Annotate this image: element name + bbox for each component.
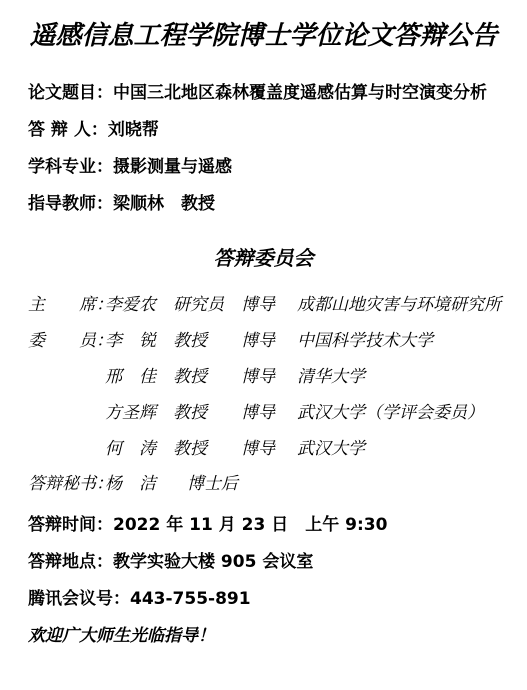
committee-row-member: 委 员： 李 锐 教授 博导 中国科学技术大学 — [28, 330, 499, 352]
major-label: 学科专业： — [28, 156, 113, 178]
name-cell: 何 涛 — [105, 438, 173, 460]
role-cell: 主 席： — [28, 294, 105, 316]
defense-location-label: 答辩地点： — [28, 551, 113, 573]
meeting-id-value: 443-755-891 — [130, 589, 251, 609]
major-line: 学科专业：摄影测量与遥感 — [28, 156, 499, 178]
committee-list: 主 席： 李爱农 研究员 博导 成都山地灾害与环境研究所 委 员： 李 锐 教授… — [28, 294, 499, 460]
role-cell — [28, 438, 105, 460]
defense-time-value: 2022 年 11 月 23 日 上午 9:30 — [113, 515, 387, 535]
logistics-section: 答辩时间：2022 年 11 月 23 日 上午 9:30 答辩地点：教学实验大… — [28, 514, 499, 610]
name-cell: 邢 佳 — [105, 366, 173, 388]
secretary-line: 答辩秘书： 杨 洁 博士后 — [28, 473, 499, 495]
name-cell: 李 锐 — [105, 330, 173, 352]
advisor-label: 指导教师： — [28, 193, 113, 215]
defender-line: 答 辩 人：刘晓帮 — [28, 119, 499, 141]
closing-line: 欢迎广大师生光临指导！ — [28, 625, 499, 647]
role-cell: 委 员： — [28, 330, 105, 352]
defense-announcement-page: 遥感信息工程学院博士学位论文答辩公告 论文题目：中国三北地区森林覆盖度遥感估算与… — [0, 0, 527, 690]
advisor-cell: 博导 — [241, 402, 297, 424]
committee-row-member: 方圣辉 教授 博导 武汉大学（学评会委员） — [28, 402, 499, 424]
secretary-title: 博士后 — [187, 473, 499, 495]
advisor-cell: 博导 — [241, 294, 297, 316]
advisor-cell: 博导 — [241, 366, 297, 388]
role-cell — [28, 402, 105, 424]
defense-time-label: 答辩时间： — [28, 514, 113, 536]
meeting-id-label: 腾讯会议号： — [28, 588, 130, 610]
affiliation-cell: 清华大学 — [297, 366, 499, 388]
thesis-title-label: 论文题目： — [28, 82, 113, 104]
thesis-info-section: 论文题目：中国三北地区森林覆盖度遥感估算与时空演变分析 答 辩 人：刘晓帮 学科… — [28, 82, 499, 215]
meeting-id-line: 腾讯会议号：443-755-891 — [28, 588, 499, 610]
committee-row-chair: 主 席： 李爱农 研究员 博导 成都山地灾害与环境研究所 — [28, 294, 499, 316]
secretary-name: 杨 洁 — [105, 473, 187, 495]
name-cell: 方圣辉 — [105, 402, 173, 424]
page-title: 遥感信息工程学院博士学位论文答辩公告 — [28, 19, 499, 53]
defense-location-value: 教学实验大楼 905 会议室 — [113, 552, 313, 572]
defense-location-line: 答辩地点：教学实验大楼 905 会议室 — [28, 551, 499, 573]
defender-label: 答 辩 人： — [28, 119, 108, 141]
committee-row-member: 邢 佳 教授 博导 清华大学 — [28, 366, 499, 388]
committee-row-member: 何 涛 教授 博导 武汉大学 — [28, 438, 499, 460]
advisor-cell: 博导 — [241, 330, 297, 352]
thesis-title-line: 论文题目：中国三北地区森林覆盖度遥感估算与时空演变分析 — [28, 82, 499, 104]
title-cell: 教授 — [173, 330, 241, 352]
affiliation-cell: 武汉大学（学评会委员） — [297, 402, 499, 424]
advisor-value: 梁顺林 教授 — [113, 194, 215, 214]
defense-time-line: 答辩时间：2022 年 11 月 23 日 上午 9:30 — [28, 514, 499, 536]
affiliation-cell: 中国科学技术大学 — [297, 330, 499, 352]
thesis-title-value: 中国三北地区森林覆盖度遥感估算与时空演变分析 — [113, 83, 487, 103]
secretary-label: 答辩秘书： — [28, 473, 105, 495]
title-cell: 教授 — [173, 402, 241, 424]
name-cell: 李爱农 — [105, 294, 173, 316]
role-cell — [28, 366, 105, 388]
title-cell: 教授 — [173, 438, 241, 460]
affiliation-cell: 武汉大学 — [297, 438, 499, 460]
advisor-cell: 博导 — [241, 438, 297, 460]
title-cell: 教授 — [173, 366, 241, 388]
advisor-line: 指导教师：梁顺林 教授 — [28, 193, 499, 215]
major-value: 摄影测量与遥感 — [113, 157, 232, 177]
affiliation-cell: 成都山地灾害与环境研究所 — [297, 294, 501, 316]
committee-heading: 答辩委员会 — [28, 247, 499, 269]
title-cell: 研究员 — [173, 294, 241, 316]
defender-value: 刘晓帮 — [108, 120, 159, 140]
